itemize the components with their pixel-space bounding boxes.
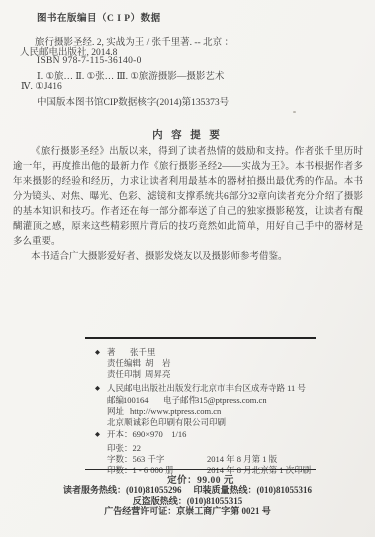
ad-license-line: 广告经营许可证：京崇工商广字第 0021 号 [0, 504, 375, 517]
postcode-label: 邮编 [107, 395, 124, 405]
diamond-bullet-icon: ◆ [95, 348, 100, 358]
website-row: 网址 http://www.ptpress.com.cn [85, 406, 316, 416]
email-value: 315@ptpress.com.cn [195, 395, 267, 405]
contact-row: 邮编 100164 电子邮件 315@ptpress.com.cn [85, 395, 316, 405]
print-company: 北京顺诚彩色印刷有限公司印刷 [107, 417, 226, 427]
wordcount-row: 字数：563 千字 2014 年 8 月第 1 版 [85, 454, 316, 464]
edition-date: 2014 年 8 月第 1 版 [207, 454, 277, 464]
editor-row: 责任编辑 胡 岩 [85, 358, 316, 368]
publisher-name: 人民邮电出版社出版发行 [107, 383, 201, 393]
format-row: ◆ 开本：690×970 1/16 [85, 429, 316, 439]
word-count: 字数：563 千字 [107, 454, 164, 464]
cip-classification-line-1: Ⅰ. ①旅… Ⅱ. ①张… Ⅲ. ①旅游摄影—摄影艺术 [37, 72, 224, 83]
print-supervisor-row: 责任印制 周昇亮 [85, 369, 316, 379]
author-row: ◆ 著 张千里 [85, 347, 316, 357]
cip-record-number: 中国版本图书馆CIP数据核字(2014)第135373号 [37, 98, 229, 109]
sheet-count: 印张：22 [107, 443, 141, 453]
colophon-block: ◆ 著 张千里 责任编辑 胡 岩 责任印制 周昇亮 ◆ 人民邮电出版社出版发行 … [85, 337, 316, 473]
summary-paragraph: 《旅行摄影圣经》出版以来，得到了读者热情的鼓励和支持。作者张千里历时逾一年，再度… [13, 145, 363, 250]
summary-block: 《旅行摄影圣经》出版以来，得到了读者热情的鼓励和支持。作者张千里历时逾一年，再度… [13, 145, 363, 265]
copyright-page: { "colors": { "paper": "#f5f4f1", "ink":… [0, 0, 375, 537]
editor-label: 责任编辑 [107, 358, 141, 368]
diamond-bullet-icon: ◆ [95, 430, 100, 440]
author-name: 张千里 [130, 347, 156, 357]
print-supervisor-name: 周昇亮 [145, 369, 171, 379]
website-url: http://www.ptpress.com.cn [130, 406, 221, 416]
publisher-address: 北京市丰台区成寿寺路 11 号 [200, 383, 306, 393]
diamond-bullet-icon: ◆ [95, 384, 100, 394]
cip-heading: 图书在版编目（C I P）数据 [37, 14, 161, 25]
format-spec: 开本：690×970 1/16 [107, 429, 186, 439]
print-company-row: 北京顺诚彩色印刷有限公司印刷 [85, 417, 316, 427]
cip-classification-line-2: Ⅳ. ①J416 [21, 82, 62, 93]
website-label: 网址 [107, 406, 124, 416]
scan-speck [293, 111, 296, 113]
isbn-line: ISBN 978-7-115-36140-0 [37, 56, 142, 67]
sheets-row: 印张：22 [85, 443, 316, 453]
author-label: 著 [107, 347, 116, 357]
summary-note: 本书适合广大摄影爱好者、摄影发烧友以及摄影师参考借鉴。 [13, 250, 363, 265]
summary-heading: 内 容 提 要 [0, 127, 375, 142]
postcode-value: 100164 [123, 395, 149, 405]
print-supervisor-label: 责任印制 [107, 369, 141, 379]
editor-name: 胡 岩 [145, 358, 171, 368]
publisher-row: ◆ 人民邮电出版社出版发行 北京市丰台区成寿寺路 11 号 [85, 383, 316, 393]
price-divider-rule [85, 469, 316, 470]
email-label: 电子邮件 [163, 395, 197, 405]
